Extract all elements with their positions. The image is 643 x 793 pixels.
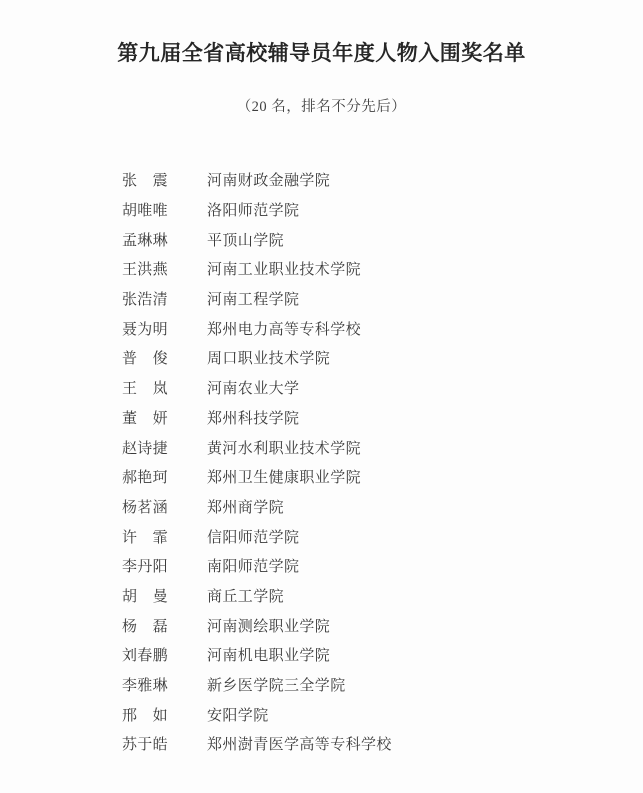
awardee-institution: 河南工业职业技术学院 bbox=[207, 258, 361, 279]
awardee-institution: 南阳师范学院 bbox=[207, 555, 299, 576]
awardee-name: 聂为明 bbox=[122, 318, 169, 339]
list-item: 王 岚 河南农业大学 bbox=[0, 373, 643, 403]
list-item: 赵诗捷 黄河水利职业技术学院 bbox=[0, 432, 643, 462]
awardee-institution: 商丘工学院 bbox=[207, 585, 284, 606]
list-item: 刘春鹏 河南机电职业学院 bbox=[0, 640, 643, 670]
list-item: 张浩清 河南工程学院 bbox=[0, 284, 643, 314]
awardee-name: 胡唯唯 bbox=[122, 199, 169, 220]
awardee-list: 张 震 河南财政金融学院 胡唯唯 洛阳师范学院 孟琳琳 平顶山学院 王洪燕 河南… bbox=[0, 165, 643, 759]
awardee-institution: 周口职业技术学院 bbox=[207, 347, 330, 368]
awardee-institution: 河南机电职业学院 bbox=[207, 644, 330, 665]
awardee-institution: 郑州卫生健康职业学院 bbox=[207, 466, 361, 487]
list-item: 张 震 河南财政金融学院 bbox=[0, 165, 643, 195]
awardee-institution: 平顶山学院 bbox=[207, 229, 284, 250]
list-item: 郝艳珂 郑州卫生健康职业学院 bbox=[0, 462, 643, 492]
awardee-name: 普 俊 bbox=[122, 347, 169, 368]
awardee-institution: 郑州商学院 bbox=[207, 496, 284, 517]
list-item: 杨茗涵 郑州商学院 bbox=[0, 492, 643, 522]
list-item: 胡唯唯 洛阳师范学院 bbox=[0, 195, 643, 225]
awardee-name: 赵诗捷 bbox=[122, 437, 169, 458]
awardee-institution: 郑州澍青医学高等专科学校 bbox=[207, 733, 392, 754]
awardee-institution: 洛阳师范学院 bbox=[207, 199, 299, 220]
awardee-name: 董 妍 bbox=[122, 407, 169, 428]
list-item: 李丹阳 南阳师范学院 bbox=[0, 551, 643, 581]
list-item: 孟琳琳 平顶山学院 bbox=[0, 224, 643, 254]
list-item: 王洪燕 河南工业职业技术学院 bbox=[0, 254, 643, 284]
awardee-institution: 郑州电力高等专科学校 bbox=[207, 318, 361, 339]
list-item: 苏于皓 郑州澍青医学高等专科学校 bbox=[0, 729, 643, 759]
awardee-name: 王洪燕 bbox=[122, 258, 169, 279]
awardee-institution: 河南财政金融学院 bbox=[207, 169, 330, 190]
awardee-name: 张 震 bbox=[122, 169, 169, 190]
page-title: 第九届全省高校辅导员年度人物入围奖名单 bbox=[0, 0, 643, 67]
awardee-institution: 河南测绘职业学院 bbox=[207, 615, 330, 636]
awardee-name: 许 霏 bbox=[122, 526, 169, 547]
page-subtitle: （20 名，排名不分先后） bbox=[0, 99, 643, 115]
awardee-name: 张浩清 bbox=[122, 288, 169, 309]
awardee-institution: 新乡医学院三全学院 bbox=[207, 674, 346, 695]
awardee-institution: 河南工程学院 bbox=[207, 288, 299, 309]
list-item: 普 俊 周口职业技术学院 bbox=[0, 343, 643, 373]
awardee-name: 刘春鹏 bbox=[122, 644, 169, 665]
list-item: 聂为明 郑州电力高等专科学校 bbox=[0, 313, 643, 343]
awardee-name: 王 岚 bbox=[122, 377, 169, 398]
list-item: 董 妍 郑州科技学院 bbox=[0, 403, 643, 433]
list-item: 邢 如 安阳学院 bbox=[0, 699, 643, 729]
awardee-institution: 安阳学院 bbox=[207, 704, 269, 725]
list-item: 杨 磊 河南测绘职业学院 bbox=[0, 610, 643, 640]
awardee-name: 胡 曼 bbox=[122, 585, 169, 606]
list-item: 许 霏 信阳师范学院 bbox=[0, 521, 643, 551]
awardee-name: 杨茗涵 bbox=[122, 496, 169, 517]
document-page: 第九届全省高校辅导员年度人物入围奖名单 （20 名，排名不分先后） 张 震 河南… bbox=[0, 0, 643, 793]
awardee-institution: 河南农业大学 bbox=[207, 377, 299, 398]
awardee-institution: 郑州科技学院 bbox=[207, 407, 299, 428]
awardee-institution: 信阳师范学院 bbox=[207, 526, 299, 547]
awardee-name: 杨 磊 bbox=[122, 615, 169, 636]
awardee-name: 孟琳琳 bbox=[122, 229, 169, 250]
list-item: 胡 曼 商丘工学院 bbox=[0, 581, 643, 611]
list-item: 李雅琳 新乡医学院三全学院 bbox=[0, 670, 643, 700]
awardee-name: 李雅琳 bbox=[122, 674, 169, 695]
awardee-name: 苏于皓 bbox=[122, 733, 169, 754]
awardee-institution: 黄河水利职业技术学院 bbox=[207, 437, 361, 458]
awardee-name: 郝艳珂 bbox=[122, 466, 169, 487]
awardee-name: 李丹阳 bbox=[122, 555, 169, 576]
awardee-name: 邢 如 bbox=[122, 704, 169, 725]
